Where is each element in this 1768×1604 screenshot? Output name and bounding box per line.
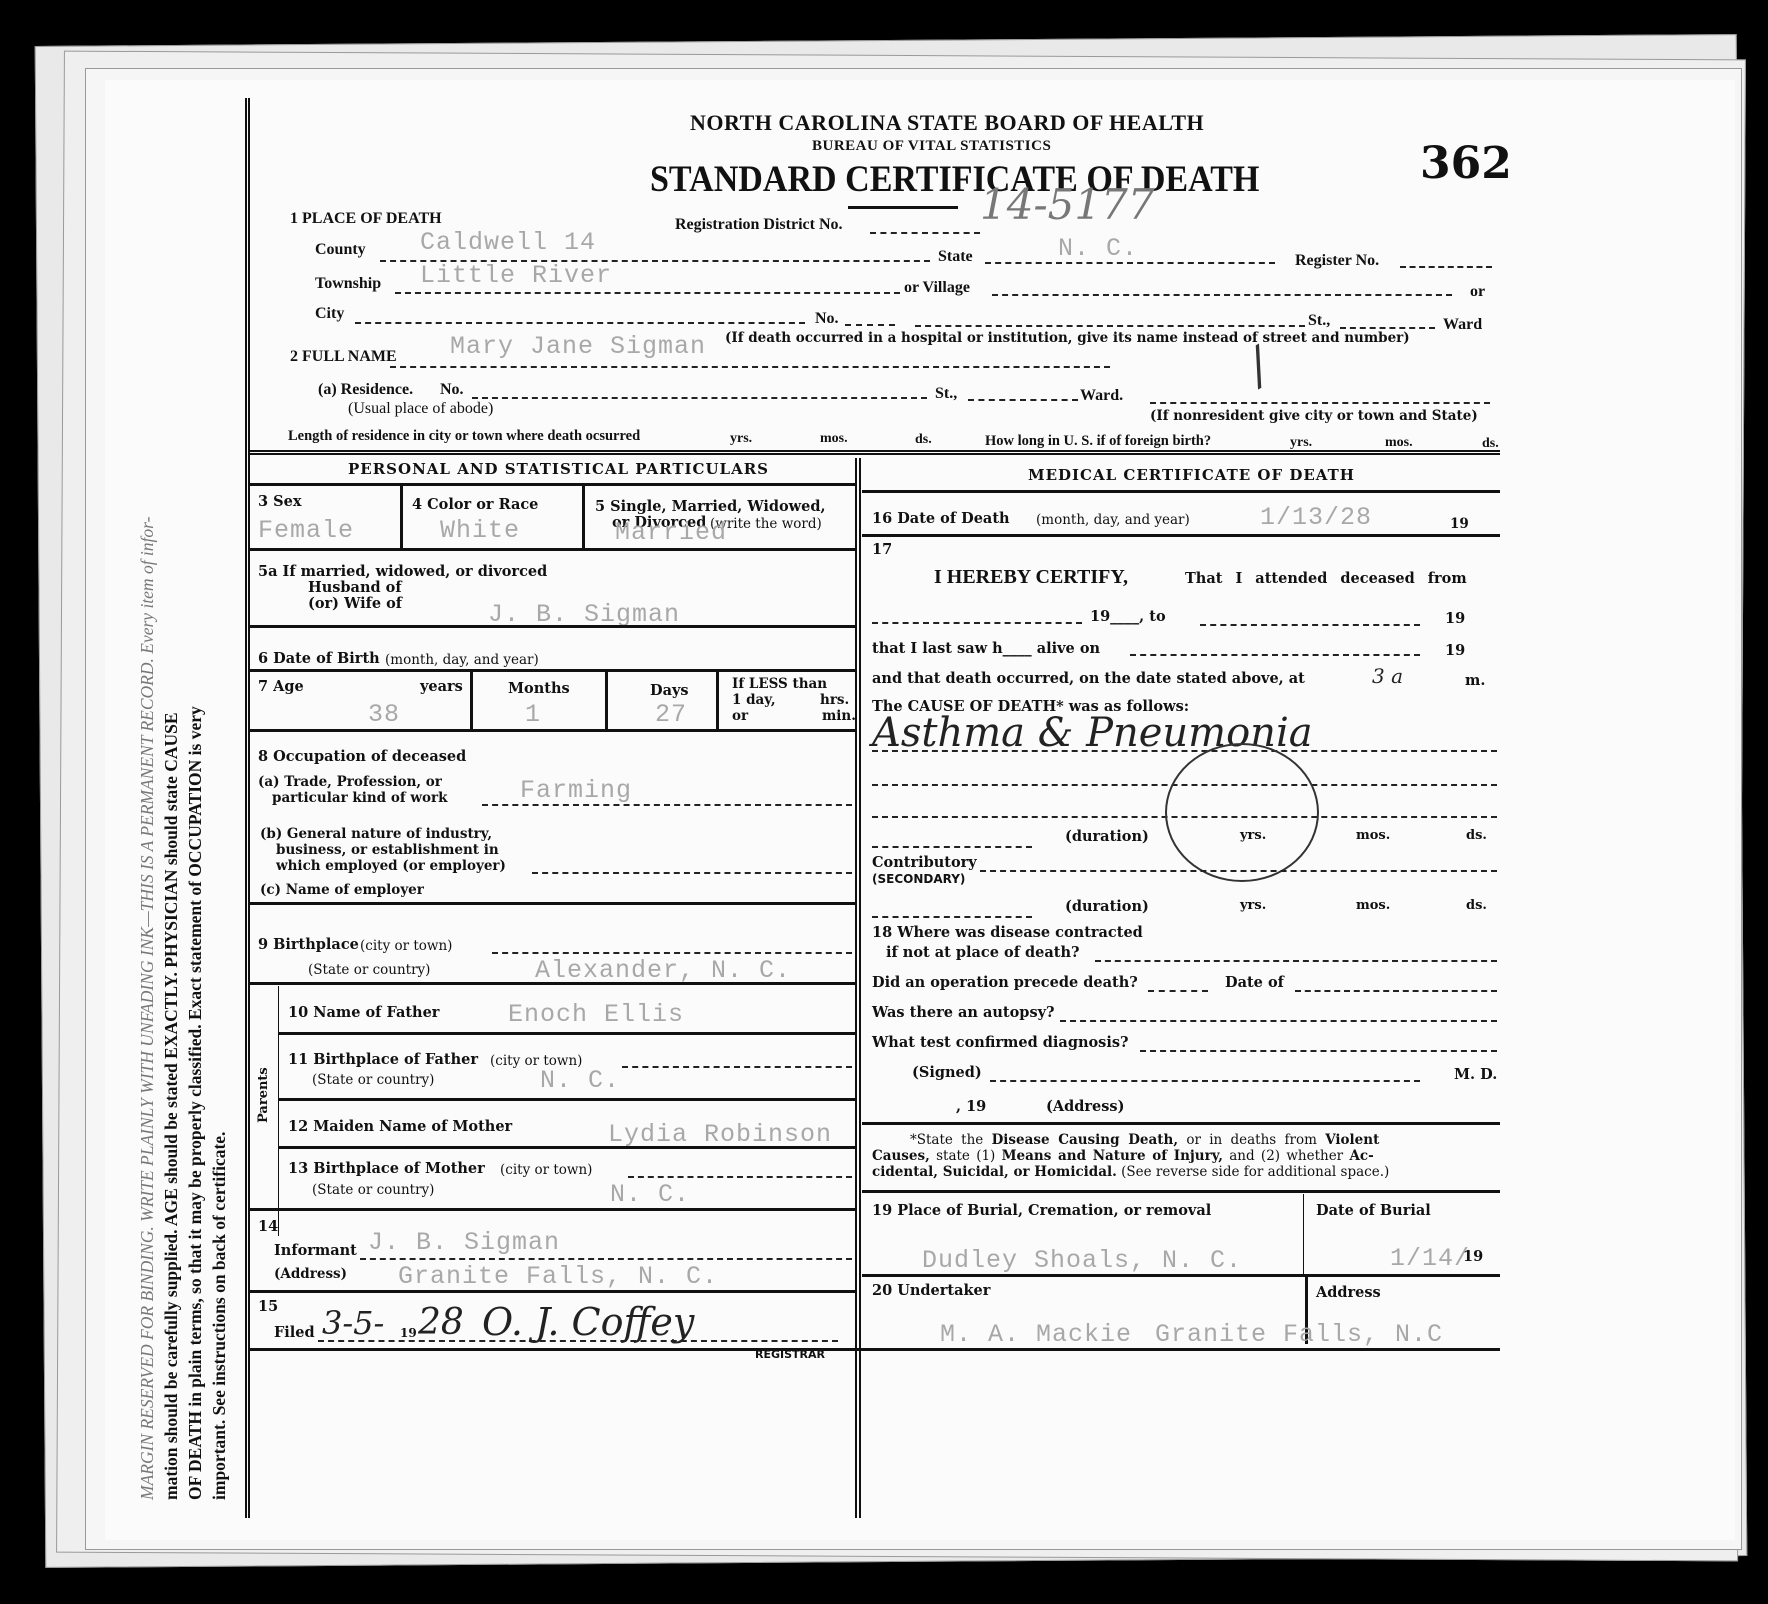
header-divider [250,450,1500,455]
footnote-line-2: Causes, state (1) Means and Nature of In… [872,1148,1374,1164]
certificate-page: MARGIN RESERVED FOR BINDING. WRITE PLAIN… [105,80,1735,1540]
hospital-note: (If death occurred in a hospital or inst… [725,330,1410,346]
rule [250,669,855,672]
spouse-label-3: (or) Wife of [308,595,402,612]
father-birth-city-field[interactable] [622,1066,852,1068]
side-instruction-line: OF DEATH in plain terms, so that it may … [183,160,207,1500]
rule [278,1146,855,1149]
rule [250,982,855,985]
township-field[interactable] [395,292,900,294]
age-label: 7 Age [258,678,304,695]
autopsy-field[interactable] [1060,1020,1497,1022]
spouse-label-1: 5a If married, widowed, or divorced [258,563,547,580]
register-no-field[interactable] [1400,266,1492,268]
father-label: 10 Name of Father [288,1004,439,1021]
contrib-duration-ds: ds. [1466,898,1487,913]
marital-value: Married [615,518,727,547]
age-years-value: 38 [368,700,400,729]
death-time: 3 a [1372,664,1403,688]
or-label: or [1470,283,1485,301]
place-of-death-label: 1 PLACE OF DEATH [290,210,442,228]
medical-section-title: MEDICAL CERTIFICATE OF DEATH [1028,466,1355,484]
date-death-label: 16 Date of Death [872,510,1010,527]
foreign-birth-label: How long in U. S. if of foreign birth? [985,433,1211,450]
length-ds: ds. [915,432,932,448]
city-field[interactable] [355,322,805,324]
cause-field-1[interactable] [872,750,1497,752]
sex-value: Female [258,516,354,545]
burial-date-year: 19 [1463,1248,1483,1265]
autopsy-label: Was there an autopsy? [872,1004,1055,1021]
rule [250,1290,855,1293]
residence-st-label: St., [935,385,957,403]
mother-birth-city-hint: (city or town) [500,1162,592,1178]
contributory-field[interactable] [980,870,1497,872]
certify-text: That I attended deceased from [1185,570,1467,587]
rule [278,1032,855,1035]
operation-field[interactable] [1148,990,1208,992]
register-no-label: Register No. [1295,252,1379,270]
certify-heading: I HEREBY CERTIFY, [934,566,1128,589]
undertaker-address-value: Granite Falls, N.C [1155,1320,1443,1349]
father-value: Enoch Ellis [508,1000,684,1029]
occ-b-field[interactable] [532,872,852,874]
bureau-title: BUREAU OF VITAL STATISTICS [812,138,1051,155]
residence-no-label: No. [440,381,464,399]
spouse-label-2: Husband of [308,579,402,596]
side-instruction-line: mation should be carefully supplied. AGE… [159,160,183,1500]
informant-address-label: (Address) [274,1266,347,1282]
occ-a-label-2: particular kind of work [272,790,447,806]
nonresident-note: (If nonresident give city or town and St… [1150,408,1478,424]
ward-field[interactable] [1340,327,1435,329]
contracted-label-1: 18 Where was disease contracted [872,924,1143,941]
rule [862,1190,1500,1193]
pencil-mark: / [1237,338,1279,395]
mother-birth-value: N. C. [610,1180,690,1209]
dob-hint: (month, day, and year) [385,652,539,668]
less-hrs: hrs. [820,692,849,708]
rule [250,625,855,628]
column-divider [855,458,861,1518]
contrib-duration-label: (duration) [1065,898,1149,915]
last-saw-label: that I last saw h____ alive on [872,640,1100,657]
rule [862,534,1500,537]
length-residence-label: Length of residence in city or town wher… [288,428,640,445]
attended-year: 19 [1445,610,1465,627]
mother-birth-label: 13 Birthplace of Mother [288,1160,485,1177]
residence-ward-label: Ward. [1080,387,1123,405]
undertaker-value: M. A. Mackie [940,1320,1132,1349]
occ-b-label-1: (b) General nature of industry, [260,826,492,842]
less-label-1: If LESS than [732,676,827,692]
filed-number: 15 [258,1298,278,1315]
state-label: State [938,248,973,266]
date-death-hint: (month, day, and year) [1036,512,1190,528]
mother-label: 12 Maiden Name of Mother [288,1118,512,1135]
date-death-value: 1/13/28 [1260,503,1372,532]
physician-address-label: (Address) [1046,1098,1124,1115]
rule [862,490,1500,493]
age-days-label: Days [650,682,689,699]
length-mos: mos. [820,431,848,447]
rule [862,1122,1500,1125]
side-instruction-line: MARGIN RESERVED FOR BINDING. WRITE PLAIN… [135,160,159,1500]
county-label: County [315,241,366,259]
burial-value: Dudley Shoals, N. C. [922,1246,1242,1275]
burial-date-value: 1/14/ [1390,1244,1470,1273]
duration-mos: mos. [1356,828,1390,843]
operation-date-field[interactable] [1295,990,1497,992]
signed-label: (Signed) [912,1064,982,1081]
age-years-label: years [420,678,463,695]
filed-year-prefix: 19 [400,1326,417,1340]
rule [250,548,855,551]
registration-district-field[interactable] [870,232,980,234]
mother-birth-state-hint: (State or country) [312,1182,434,1198]
signed-year-label: , 19 [956,1098,986,1115]
contrib-duration-mos: mos. [1356,898,1390,913]
certificate-form: NORTH CAROLINA STATE BOARD OF HEALTH BUR… [245,98,1700,1518]
test-field[interactable] [1140,1050,1497,1052]
informant-field[interactable] [360,1258,852,1260]
length-yrs: yrs. [730,431,752,447]
cell-divider [582,486,585,548]
attended-from-field[interactable] [872,622,1082,624]
last-saw-field[interactable] [1130,654,1420,656]
contrib-duration-yrs: yrs. [1240,898,1266,913]
test-label: What test confirmed diagnosis? [872,1034,1129,1051]
birthplace-city-field[interactable] [492,952,852,954]
rule [278,1098,855,1101]
residence-st-field[interactable] [968,399,1078,401]
contracted-label-2: if not at place of death? [886,944,1080,961]
filed-year: 28 [418,1302,464,1343]
cell-divider [716,671,719,729]
rule [250,729,855,732]
rule [250,483,855,486]
age-months-value: 1 [525,700,541,729]
side-instructions: MARGIN RESERVED FOR BINDING. WRITE PLAIN… [135,160,231,1500]
undertaker-label: 20 Undertaker [872,1282,990,1299]
informant-number: 14 [258,1218,278,1235]
pencil-circle-mark [1165,743,1319,882]
occupation-label: 8 Occupation of deceased [258,748,466,765]
less-min: min. [822,708,856,724]
occ-a-label-1: (a) Trade, Profession, or [258,774,442,790]
contrib-duration-blank[interactable] [872,916,1032,918]
father-birth-label: 11 Birthplace of Father [288,1051,478,1068]
birthplace-city-hint: (city or town) [360,938,452,954]
registration-district-label: Registration District No. [675,216,843,234]
rule [250,902,855,905]
informant-address-value: Granite Falls, N. C. [398,1262,718,1291]
father-birth-value: N. C. [540,1066,620,1095]
age-days-value: 27 [655,700,687,729]
age-months-label: Months [508,680,570,697]
foreign-mos: mos. [1385,435,1413,451]
marital-label: 5 Single, Married, Widowed, [595,498,826,515]
contributory-label: Contributory [872,854,977,871]
cell-divider [1303,1194,1304,1274]
street-no-field[interactable] [845,324,895,326]
occ-c-label: (c) Name of employer [260,882,424,898]
certificate-title: STANDARD CERTIFICATE OF DEATH [650,158,1259,201]
attended-to-field[interactable] [1200,624,1420,626]
foreign-yrs: yrs. [1290,435,1312,451]
occ-b-label-2: business, or establishment in [276,842,499,858]
village-label: or Village [904,279,970,297]
township-value: Little River [420,261,612,290]
bottom-rule [250,1348,1500,1351]
residence-label: (a) Residence. [318,381,413,399]
date-death-year: 19 [1450,516,1469,532]
race-value: White [440,516,520,545]
parents-divider [278,986,279,1236]
attended-19-to: 19____, to [1090,608,1166,625]
father-birth-state-hint: (State or country) [312,1072,434,1088]
filed-label: Filed [274,1324,315,1341]
secondary-label: (SECONDARY) [872,872,965,886]
duration-ds: ds. [1466,828,1487,843]
title-rule [848,206,958,209]
mother-birth-city-field[interactable] [628,1176,852,1178]
duration-blank[interactable] [872,846,1032,848]
birthplace-label: 9 Birthplace [258,936,359,953]
village-field[interactable] [992,294,1452,296]
residence-no-field[interactable] [472,397,927,399]
race-label: 4 Color or Race [412,496,538,513]
certificate-number: 362 [1420,138,1512,189]
informant-value: J. B. Sigman [368,1228,560,1257]
filed-date: 3-5- [322,1304,384,1342]
board-title: NORTH CAROLINA STATE BOARD OF HEALTH [690,110,1204,136]
full-name-value: Mary Jane Sigman [450,332,706,361]
ward-label: Ward [1443,316,1482,334]
parents-label: Parents [256,1067,271,1123]
birthplace-state-hint: (State or country) [308,962,430,978]
cell-divider [400,486,403,548]
township-label: Township [315,275,381,293]
cell-divider [605,671,608,729]
item-17: 17 [872,541,892,558]
birthplace-value: Alexander, N. C. [535,956,791,985]
street-field[interactable] [915,325,1305,327]
footnote-line-3: cidental, Suicidal, or Homicidal. (See r… [872,1164,1389,1180]
last-saw-year: 19 [1445,642,1465,659]
sex-label: 3 Sex [258,493,301,510]
death-occurred-label: and that death occurred, on the date sta… [872,670,1305,687]
full-name-label: 2 FULL NAME [290,348,397,366]
personal-section-title: PERSONAL AND STATISTICAL PARTICULARS [348,460,769,478]
rule [250,1208,855,1211]
st-label: St., [1308,312,1330,330]
residence-ward-field[interactable] [1150,402,1490,404]
duration-label: (duration) [1065,828,1149,845]
death-time-m: m. [1465,672,1485,689]
less-label-2: 1 day, [732,692,776,708]
state-value: N. C. [1058,234,1138,263]
informant-label: Informant [274,1242,357,1259]
less-or: or [732,708,748,724]
occ-a-value: Farming [520,776,632,805]
full-name-field[interactable] [390,366,1110,368]
footnote-line-1: *State the Disease Causing Death, or in … [910,1132,1379,1148]
operation-label: Did an operation precede death? [872,974,1138,991]
md-label: M. D. [1454,1066,1497,1083]
cell-divider [470,671,473,729]
rule [862,1274,1500,1277]
mother-value: Lydia Robinson [608,1120,832,1149]
operation-date-label: Date of [1225,974,1284,991]
contracted-field[interactable] [1095,960,1497,962]
county-value: Caldwell 14 [420,228,596,257]
burial-date-label: Date of Burial [1316,1202,1431,1219]
occ-b-label-3: which employed (or employer) [276,858,506,874]
physician-signature-field[interactable] [990,1080,1420,1082]
handwritten-district: 14-5177 [980,180,1155,229]
registrar-signature: O. J. Coffey [482,1300,694,1344]
city-label: City [315,305,344,323]
undertaker-address-label: Address [1316,1284,1381,1301]
street-no-label: No. [815,310,839,328]
side-instruction-line: important. See instructions on back of c… [207,160,231,1500]
dob-label: 6 Date of Birth [258,650,380,667]
abode-note: (Usual place of abode) [348,400,493,418]
burial-label: 19 Place of Burial, Cremation, or remova… [872,1202,1211,1219]
